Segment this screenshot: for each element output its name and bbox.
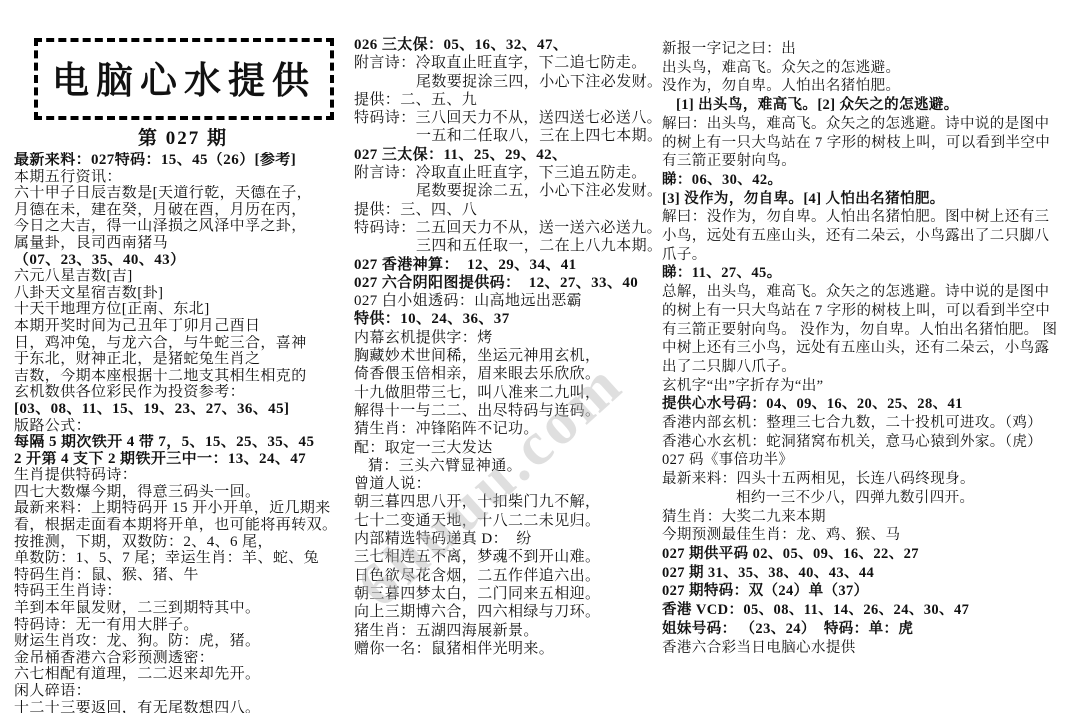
text-line: 属量卦，艮司西南猪马 <box>14 235 352 252</box>
text-line: 提供：三、四、八 <box>354 201 660 219</box>
lottery-tip-sheet: 电脑心水提供 第 027 期 最新来料：027特码：15、45（26）[参考]本… <box>0 0 1080 713</box>
text-line: 玄机数供各位彩民作为投资参考： <box>14 384 352 401</box>
text-line: 睇：11、27、45。 <box>662 264 1064 283</box>
text-line: 027 期特码：双（24）单（37） <box>662 582 1064 601</box>
text-line: 六元八星吉数[吉] <box>14 268 352 285</box>
text-line: 十九做胆带三七，叫八准来二九叫， <box>354 384 660 402</box>
right-column: 新报一字记之曰：出出头鸟，难高飞。众矢之的怎逃避。没作为，勿自卑。人怕出名猪怕肥… <box>662 40 1064 657</box>
text-line: 猜生肖：大奖二九来本期 <box>662 508 1064 527</box>
text-line: 027 期供平码 02、05、09、16、22、27 <box>662 545 1064 564</box>
text-line: 六七相配有道理，二二迟来却先开。 <box>14 666 352 683</box>
text-line: 尾数要捉涂三四，小心下注必发财。 <box>354 73 660 91</box>
text-line: 月德在未，建在癸，月破在酉，月历在丙， <box>14 202 352 219</box>
text-line: 没作为，勿自卑。人怕出名猪怕肥。 <box>662 77 1064 96</box>
text-line: 小鸟，远处有五座山头，还有二朵云，小鸟露出了二只脚八 <box>662 227 1064 246</box>
text-line: 十天干地理方位[正南、东北] <box>14 301 352 318</box>
text-line: 026 三太保：05、16、32、47、 <box>354 36 660 54</box>
text-line: 尾数要捉涂二五，小心下注必发财。 <box>354 182 660 200</box>
text-line: 解得十一与二二、出尽特码与连码。 <box>354 402 660 420</box>
text-line: 猜生肖：冲锋陷阵不记功。 <box>354 420 660 438</box>
text-line: 向上三期博六合，四六相绿与刀环。 <box>354 603 660 621</box>
middle-column: 026 三太保：05、16、32、47、附言诗：冷取直止旺直字，下二追七防走。尾… <box>354 36 660 658</box>
left-column-text: 最新来料：027特码：15、45（26）[参考]本期五行资讯：六十甲子日辰吉数是… <box>14 152 352 713</box>
text-line: 每隔 5 期次铁开 4 带 7，5、15、25、35、45 <box>14 434 352 451</box>
text-line: 倚香偎玉倍相亲，眉来眼去乐欣欣。 <box>354 365 660 383</box>
page-title: 电脑心水提供 <box>52 61 316 102</box>
text-line: [03、08、11、15、19、23、27、36、45] <box>14 401 352 418</box>
text-line: 爪子。 <box>662 246 1064 265</box>
text-line: 特码诗：三八回天力不从，送四送七必送八。 <box>354 109 660 127</box>
text-line: 新报一字记之曰：出 <box>662 40 1064 59</box>
text-line: 版路公式： <box>14 418 352 435</box>
text-line: 本期开奖时间为己丑年丁卯月己酉日 <box>14 318 352 335</box>
text-line: 特码王生肖诗： <box>14 583 352 600</box>
text-line: 有三箭正要射向鸟。 没作为，勿自卑。人怕出名猪怕肥。 图 <box>662 321 1064 340</box>
text-line: 027 六合阴阳图提供码： 12、27、33、40 <box>354 274 660 292</box>
text-line: 看，根据走面看本期将开单，也可能将再转双。 <box>14 517 352 534</box>
text-line: 香港 VCD：05、08、11、14、26、24、30、47 <box>662 601 1064 620</box>
text-line: 内部精选特码递真 D： 纷 <box>354 530 660 548</box>
text-line: 特码诗：二五回天力不从，送一送六必送九。 <box>354 219 660 237</box>
text-line: 最新来料：027特码：15、45（26）[参考] <box>14 152 352 169</box>
text-line: 027 香港神算： 12、29、34、41 <box>354 256 660 274</box>
text-line: [1] 出头鸟，难高飞。[2] 众矢之的怎逃避。 <box>662 96 1064 115</box>
text-line: [3] 没作为，勿自卑。[4] 人怕出名猪怕肥。 <box>662 190 1064 209</box>
text-line: 胸藏妙术世间稀，坐运元神用玄机， <box>354 347 660 365</box>
text-line: 出头鸟，难高飞。众矢之的怎逃避。 <box>662 59 1064 78</box>
text-line: 出了二只脚八爪子。 <box>662 358 1064 377</box>
text-line: 赠你一名：鼠猪相伴光明来。 <box>354 640 660 658</box>
text-line: 三四和五任取一，二在上八九本期。 <box>354 237 660 255</box>
text-line: 有三箭正要射向鸟。 <box>662 152 1064 171</box>
text-line: 2 开第 4 支下 2 期铁开三中一：13、24、47 <box>14 451 352 468</box>
text-line: 027 码《事倍功半》 <box>662 451 1064 470</box>
text-line: 玄机字“出”字折存为“出” <box>662 377 1064 396</box>
text-line: 特码诗：无一有用大胖子。 <box>14 617 352 634</box>
text-line: 总解，出头鸟，难高飞。众矢之的怎逃避。诗中说的是图中 <box>662 283 1064 302</box>
text-line: 的树上有一只大鸟站在 7 字形的树枝上叫，可以看到半空中 <box>662 302 1064 321</box>
text-line: 内幕玄机提供字：烤 <box>354 329 660 347</box>
text-line: 相约一三不少八，四弹九数引四开。 <box>662 489 1064 508</box>
text-line: 朝三暮四思八开，十扣柴门九不解， <box>354 493 660 511</box>
text-line: 一五和二任取八，三在上四七本期。 <box>354 127 660 145</box>
text-line: 财运生肖攻：龙、狗。防：虎，猪。 <box>14 633 352 650</box>
text-line: 提供：二、五、九 <box>354 91 660 109</box>
text-line: 金吊桶香港六合彩预测透密： <box>14 650 352 667</box>
text-line: 四七大数爆今期，得意三码头一回。 <box>14 484 352 501</box>
text-line: 七十二变通天地，十八二二未见归。 <box>354 512 660 530</box>
text-line: 解曰：出头鸟，难高飞。众矢之的怎逃避。诗中说的是图中 <box>662 115 1064 134</box>
text-line: 提供心水号码：04、09、16、20、25、28、41 <box>662 395 1064 414</box>
text-line: 特码生肖：鼠、猴、猪、牛 <box>14 567 352 584</box>
text-line: 中树上还有三小鸟，远处有五座山头，还有二朵云，小鸟露 <box>662 339 1064 358</box>
text-line: 最新来料：四头十五两相见，长连八码终现身。 <box>662 470 1064 489</box>
text-line: 三七相连五不离，梦魂不到开山难。 <box>354 548 660 566</box>
text-line: 香港内部玄机：整理三七合九数，二十投机可进攻。（鸡） <box>662 414 1064 433</box>
issue-number: 第 027 期 <box>14 123 352 150</box>
text-line: （07、23、35、40、43） <box>14 252 352 269</box>
text-line: 的树上有一只大鸟站在 7 字形的树枝上叫，可以看到半空中 <box>662 134 1064 153</box>
text-line: 按推测，下期，双数防：2、4、6 尾， <box>14 534 352 551</box>
text-line: 闲人碎语： <box>14 683 352 700</box>
text-line: 日色欲尽花含烟，二五作伴追六出。 <box>354 567 660 585</box>
text-line: 六十甲子日辰吉数是[天道行乾，天德在子， <box>14 185 352 202</box>
text-line: 香港心水玄机：蛇洞猪窝布机关，意马心猿到外家。（虎） <box>662 433 1064 452</box>
text-line: 于东北，财神正北，是猪蛇兔生肖之 <box>14 351 352 368</box>
middle-column-text: 026 三太保：05、16、32、47、附言诗：冷取直止旺直字，下二追七防走。尾… <box>354 36 660 658</box>
text-line: 朝三暮四梦太白，二门同来五相迎。 <box>354 585 660 603</box>
text-line: 附言诗：冷取直止旺直字，下二追七防走。 <box>354 54 660 72</box>
text-line: 027 白小姐透码：山高地远出恶霸 <box>354 292 660 310</box>
text-line: 猪生肖：五湖四海展新景。 <box>354 622 660 640</box>
text-line: 附言诗：冷取直止旺直字，下三追五防走。 <box>354 164 660 182</box>
text-line: 八卦天文星宿吉数[卦] <box>14 285 352 302</box>
text-line: 027 三太保：11、25、29、42、 <box>354 146 660 164</box>
text-line: 猜：三头六臂显神通。 <box>354 457 660 475</box>
text-line: 本期五行资讯： <box>14 169 352 186</box>
text-line: 单数防：1、5、7 尾；幸运生肖：羊、蛇、兔 <box>14 550 352 567</box>
left-column: 电脑心水提供 第 027 期 最新来料：027特码：15、45（26）[参考]本… <box>14 30 352 713</box>
text-line: 配：取定一三大发达 <box>354 439 660 457</box>
text-line: 吉数，今期本座根据十二地支其相生相克的 <box>14 368 352 385</box>
masthead-box: 电脑心水提供 <box>34 38 334 120</box>
text-line: 香港六合彩当日电脑心水提供 <box>662 639 1064 658</box>
text-line: 今日之大吉，得一山泽损之风泽中孚之卦， <box>14 218 352 235</box>
text-line: 羊到本年鼠发财，二三到期特其中。 <box>14 600 352 617</box>
text-line: 今期预测最佳生肖：龙、鸡、猴、马 <box>662 526 1064 545</box>
text-line: 姐妹号码： （23、24） 特码：单：虎 <box>662 620 1064 639</box>
text-line: 十二十三要返回，有无尾数想四八。 <box>14 700 352 713</box>
right-column-text: 新报一字记之曰：出出头鸟，难高飞。众矢之的怎逃避。没作为，勿自卑。人怕出名猪怕肥… <box>662 40 1064 657</box>
text-line: 解曰：没作为，勿自卑。人怕出名猪怕肥。图中树上还有三 <box>662 208 1064 227</box>
text-line: 日，鸡冲兔，与龙六合，与牛蛇三合，喜神 <box>14 335 352 352</box>
text-line: 027 期 31、35、38、40、43、44 <box>662 564 1064 583</box>
text-line: 特供：10、24、36、37 <box>354 310 660 328</box>
text-line: 最新来料：上期特码开 15 开小开单，近几期来 <box>14 500 352 517</box>
text-line: 曾道人说： <box>354 475 660 493</box>
text-line: 生肖提供特码诗： <box>14 467 352 484</box>
text-line: 睇：06、30、42。 <box>662 171 1064 190</box>
